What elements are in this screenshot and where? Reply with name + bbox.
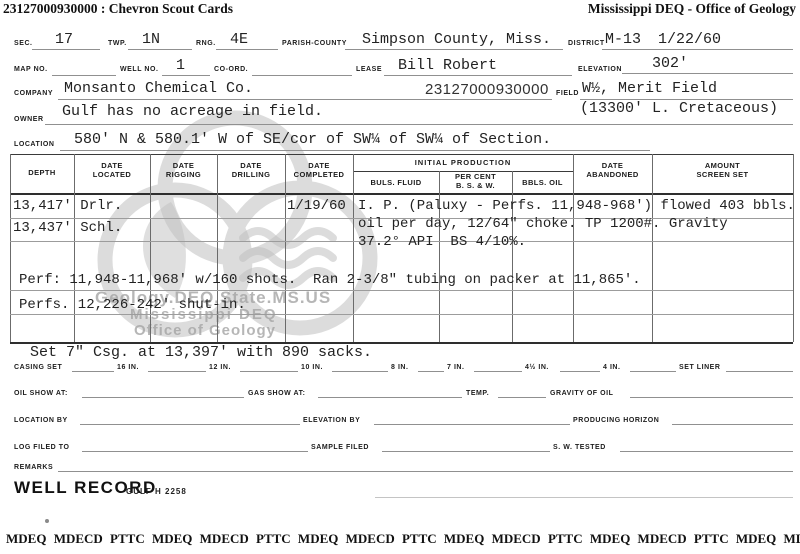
underline [216, 49, 278, 50]
company-value: Monsanto Chemical Co. [64, 80, 253, 97]
underline [80, 424, 300, 425]
underline [148, 371, 206, 372]
owner-label: OWNER [14, 116, 44, 123]
district-value: M-13 [605, 31, 641, 48]
underline [82, 451, 308, 452]
underline [375, 497, 793, 498]
elevation-label: ELEVATION [578, 66, 622, 73]
owner-value: Gulf has no acreage in field. [62, 103, 323, 120]
casing-note-entry: Set 7" Csg. at 13,397' with 890 sacks. [30, 344, 372, 361]
underline [382, 451, 550, 452]
underline [374, 424, 570, 425]
underline [622, 73, 793, 74]
initial-production-entry-line1: I. P. (Paluxy - Perfs. 11,948-968') flow… [358, 198, 795, 214]
col-header-per-cent-bsw: PER CENT B. S. & W. [439, 172, 512, 191]
field-label: FIELD [556, 90, 579, 97]
scout-card-page: Geology.DEQ.State.MS.US Mississippi DEQ … [0, 0, 800, 554]
underline [560, 371, 600, 372]
underline [318, 397, 462, 398]
sec-value: 17 [55, 31, 73, 48]
casing-set-label: CASING SET [14, 364, 62, 371]
depth-entry-1: 13,417' Drlr. [13, 198, 122, 214]
underline [630, 371, 676, 372]
location-label: LOCATION [14, 141, 54, 148]
field-value: W½, Merit Field [582, 80, 717, 97]
col-header-bbls-oil: BBLS. OIL [512, 178, 573, 187]
table-rule [10, 314, 793, 315]
well-no-value: 1 [176, 57, 185, 74]
underline [252, 75, 352, 76]
co-ord-label: CO-ORD. [214, 66, 248, 73]
rng-label: RNG. [196, 40, 216, 47]
location-by-label: LOCATION BY [14, 417, 68, 424]
underline [58, 471, 793, 472]
underline [162, 75, 210, 76]
date-completed-entry: 1/19/60 [287, 198, 346, 214]
underline [474, 371, 522, 372]
underline [32, 49, 100, 50]
parish-county-value: Simpson County, Miss. [362, 31, 551, 48]
elevation-by-label: ELEVATION BY [303, 417, 360, 424]
sec-label: SEC. [14, 40, 33, 47]
col-header-buls-fluid: BULS. FLUID [353, 178, 439, 187]
underline [240, 371, 298, 372]
casing-size-7: 7 IN. [447, 364, 465, 371]
casing-size-10: 10 IN. [301, 364, 323, 371]
casing-size-16: 16 IN. [117, 364, 139, 371]
ink-speck [45, 519, 49, 523]
casing-size-4: 4 IN. [603, 364, 621, 371]
initial-production-entry-line2: oil per day, 12/64" choke. TP 1200#. Gra… [358, 216, 728, 232]
perforations-entry-line2: Perfs. 12,226-242' shut-in. [19, 297, 246, 313]
gravity-of-oil-label: GRAVITY OF OIL [550, 390, 613, 397]
sample-filed-label: SAMPLE FILED [311, 444, 369, 451]
underline [345, 49, 563, 50]
col-header-date-drilling: DATE DRILLING [217, 161, 285, 180]
gas-show-label: GAS SHOW AT: [248, 390, 306, 397]
company-label: COMPANY [14, 90, 53, 97]
twp-label: TWP. [108, 40, 127, 47]
table-gridline [10, 154, 793, 155]
temp-label: TEMP. [466, 390, 489, 397]
map-no-label: MAP NO. [14, 66, 48, 73]
depth-entry-2: 13,437' Schl. [13, 220, 122, 236]
col-header-depth: DEPTH [10, 168, 74, 177]
table-gridline [10, 193, 793, 195]
sw-tested-label: S. W. TESTED [553, 444, 606, 451]
set-liner-label: SET LINER [679, 364, 721, 371]
underline [620, 451, 793, 452]
perforations-entry-line1: Perf: 11,948-11,968' w/160 shots. Ran 2-… [19, 272, 641, 288]
col-header-date-located: DATE LOCATED [74, 161, 150, 180]
underline [58, 99, 552, 100]
watermark-office-text: Office of Geology [134, 322, 276, 339]
district-date-value: 1/22/60 [658, 31, 721, 48]
col-header-date-completed: DATE COMPLETED [285, 161, 353, 180]
underline [128, 49, 192, 50]
col-header-date-rigging: DATE RIGGING [150, 161, 217, 180]
rng-value: 4E [230, 31, 248, 48]
remarks-label: REMARKS [14, 464, 53, 471]
underline [72, 371, 114, 372]
underline [498, 397, 546, 398]
lease-value: Bill Robert [398, 57, 497, 74]
underline [726, 371, 793, 372]
location-value: 580' N & 580.1' W of SE/cor of SW¼ of SW… [74, 131, 551, 148]
api-number-value: 23127000930000 [425, 81, 549, 98]
document-id-title: 23127000930000 : Chevron Scout Cards [3, 1, 233, 17]
casing-size-4half: 4½ IN. [525, 364, 549, 371]
table-gridline [512, 171, 513, 342]
lease-label: LEASE [356, 66, 382, 73]
underline [384, 75, 572, 76]
underline [630, 397, 793, 398]
group-header-initial-production: INITIAL PRODUCTION [353, 158, 573, 167]
col-header-date-abandoned: DATE ABANDONED [573, 161, 652, 180]
log-filed-label: LOG FILED TO [14, 444, 69, 451]
col-header-amount-screen-set: AMOUNT SCREEN SET [652, 161, 793, 180]
stamp-footer: MDEQ MDECD PTTC MDEQ MDECD PTTC MDEQ MDE… [6, 531, 800, 547]
underline [45, 124, 793, 125]
parish-county-label: PARISH-COUNTY [282, 40, 347, 47]
underline [332, 371, 388, 372]
casing-size-12: 12 IN. [209, 364, 231, 371]
well-no-label: WELL NO. [120, 66, 159, 73]
underline [418, 371, 444, 372]
elevation-value: 302' [652, 55, 688, 72]
table-gridline [439, 171, 440, 342]
form-number: GULF H 2258 [126, 487, 187, 496]
table-gridline [793, 154, 794, 342]
table-rule [10, 290, 793, 291]
underline [82, 397, 244, 398]
initial-production-entry-line3: 37.2° API BS 4/10%. [358, 234, 526, 250]
underline [52, 75, 116, 76]
underline [60, 150, 650, 151]
twp-value: 1N [142, 31, 160, 48]
casing-size-8: 8 IN. [391, 364, 409, 371]
producing-horizon-label: PRODUCING HORIZON [573, 417, 659, 424]
district-label: DISTRICT [568, 40, 605, 47]
field-value-line2: (13300' L. Cretaceous) [580, 100, 778, 117]
underline [672, 424, 793, 425]
oil-show-label: OIL SHOW AT: [14, 390, 68, 397]
underline [602, 49, 793, 50]
agency-title: Mississippi DEQ - Office of Geology [588, 1, 796, 17]
